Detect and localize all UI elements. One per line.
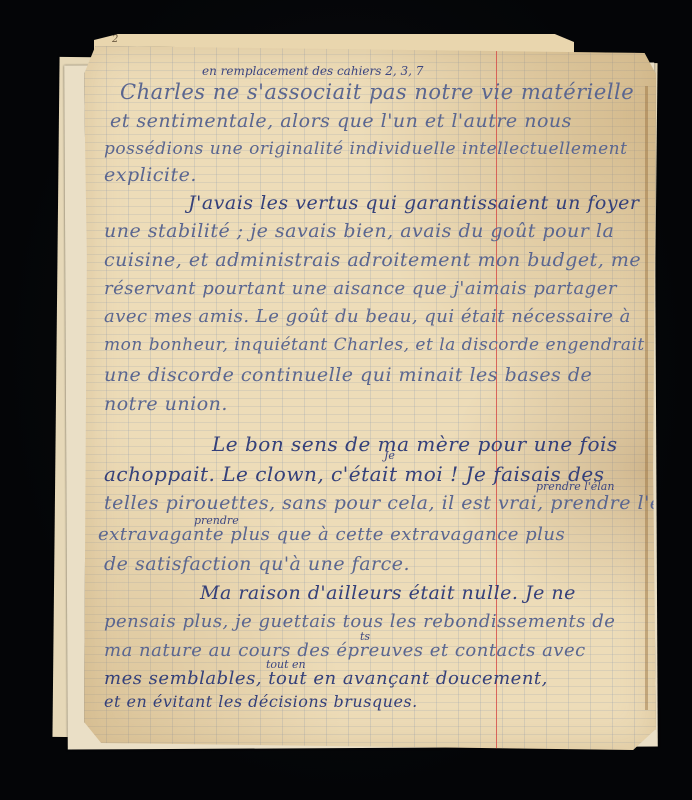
text-line: achoppait. Le clown, c'était moi ! Je fa… (104, 462, 605, 486)
text-line: notre union. (104, 393, 228, 415)
top-insertion: en remplacement des cahiers 2, 3, 7 (202, 64, 423, 78)
text-line: telles pirouettes, sans pour cela, il es… (104, 492, 692, 514)
text-line: possédions une originalité individuelle … (104, 139, 627, 159)
text-line: une discorde continuelle qui minait les … (104, 364, 592, 386)
insertion: Je (384, 449, 395, 462)
text-line: Charles ne s'associait pas notre vie mat… (120, 80, 634, 104)
text-line: explicite. (104, 164, 197, 186)
text-line: J'avais les vertus qui garantissaient un… (188, 192, 639, 214)
text-line: et sentimentale, alors que l'un et l'aut… (110, 110, 572, 132)
page-lower-text (84, 610, 656, 750)
text-line: avec mes amis. Le goût du beau, qui étai… (104, 306, 631, 327)
text-line: cuisine, et administrais adroitement mon… (104, 249, 641, 271)
page-number: 2 (112, 34, 118, 45)
text-line: une stabilité ; je savais bien, avais du… (104, 220, 614, 242)
text-line: de satisfaction qu'à une farce. (104, 553, 410, 575)
text-line: réservant pourtant une aisance que j'aim… (104, 278, 617, 299)
text-line: Ma raison d'ailleurs était nulle. Je ne (200, 582, 576, 604)
text-line: Le bon sens de ma mère pour une fois (212, 432, 618, 456)
text-line: mon bonheur, inquiétant Charles, et la d… (104, 335, 645, 355)
text-line: extravagante plus que à cette extravagan… (98, 524, 565, 545)
